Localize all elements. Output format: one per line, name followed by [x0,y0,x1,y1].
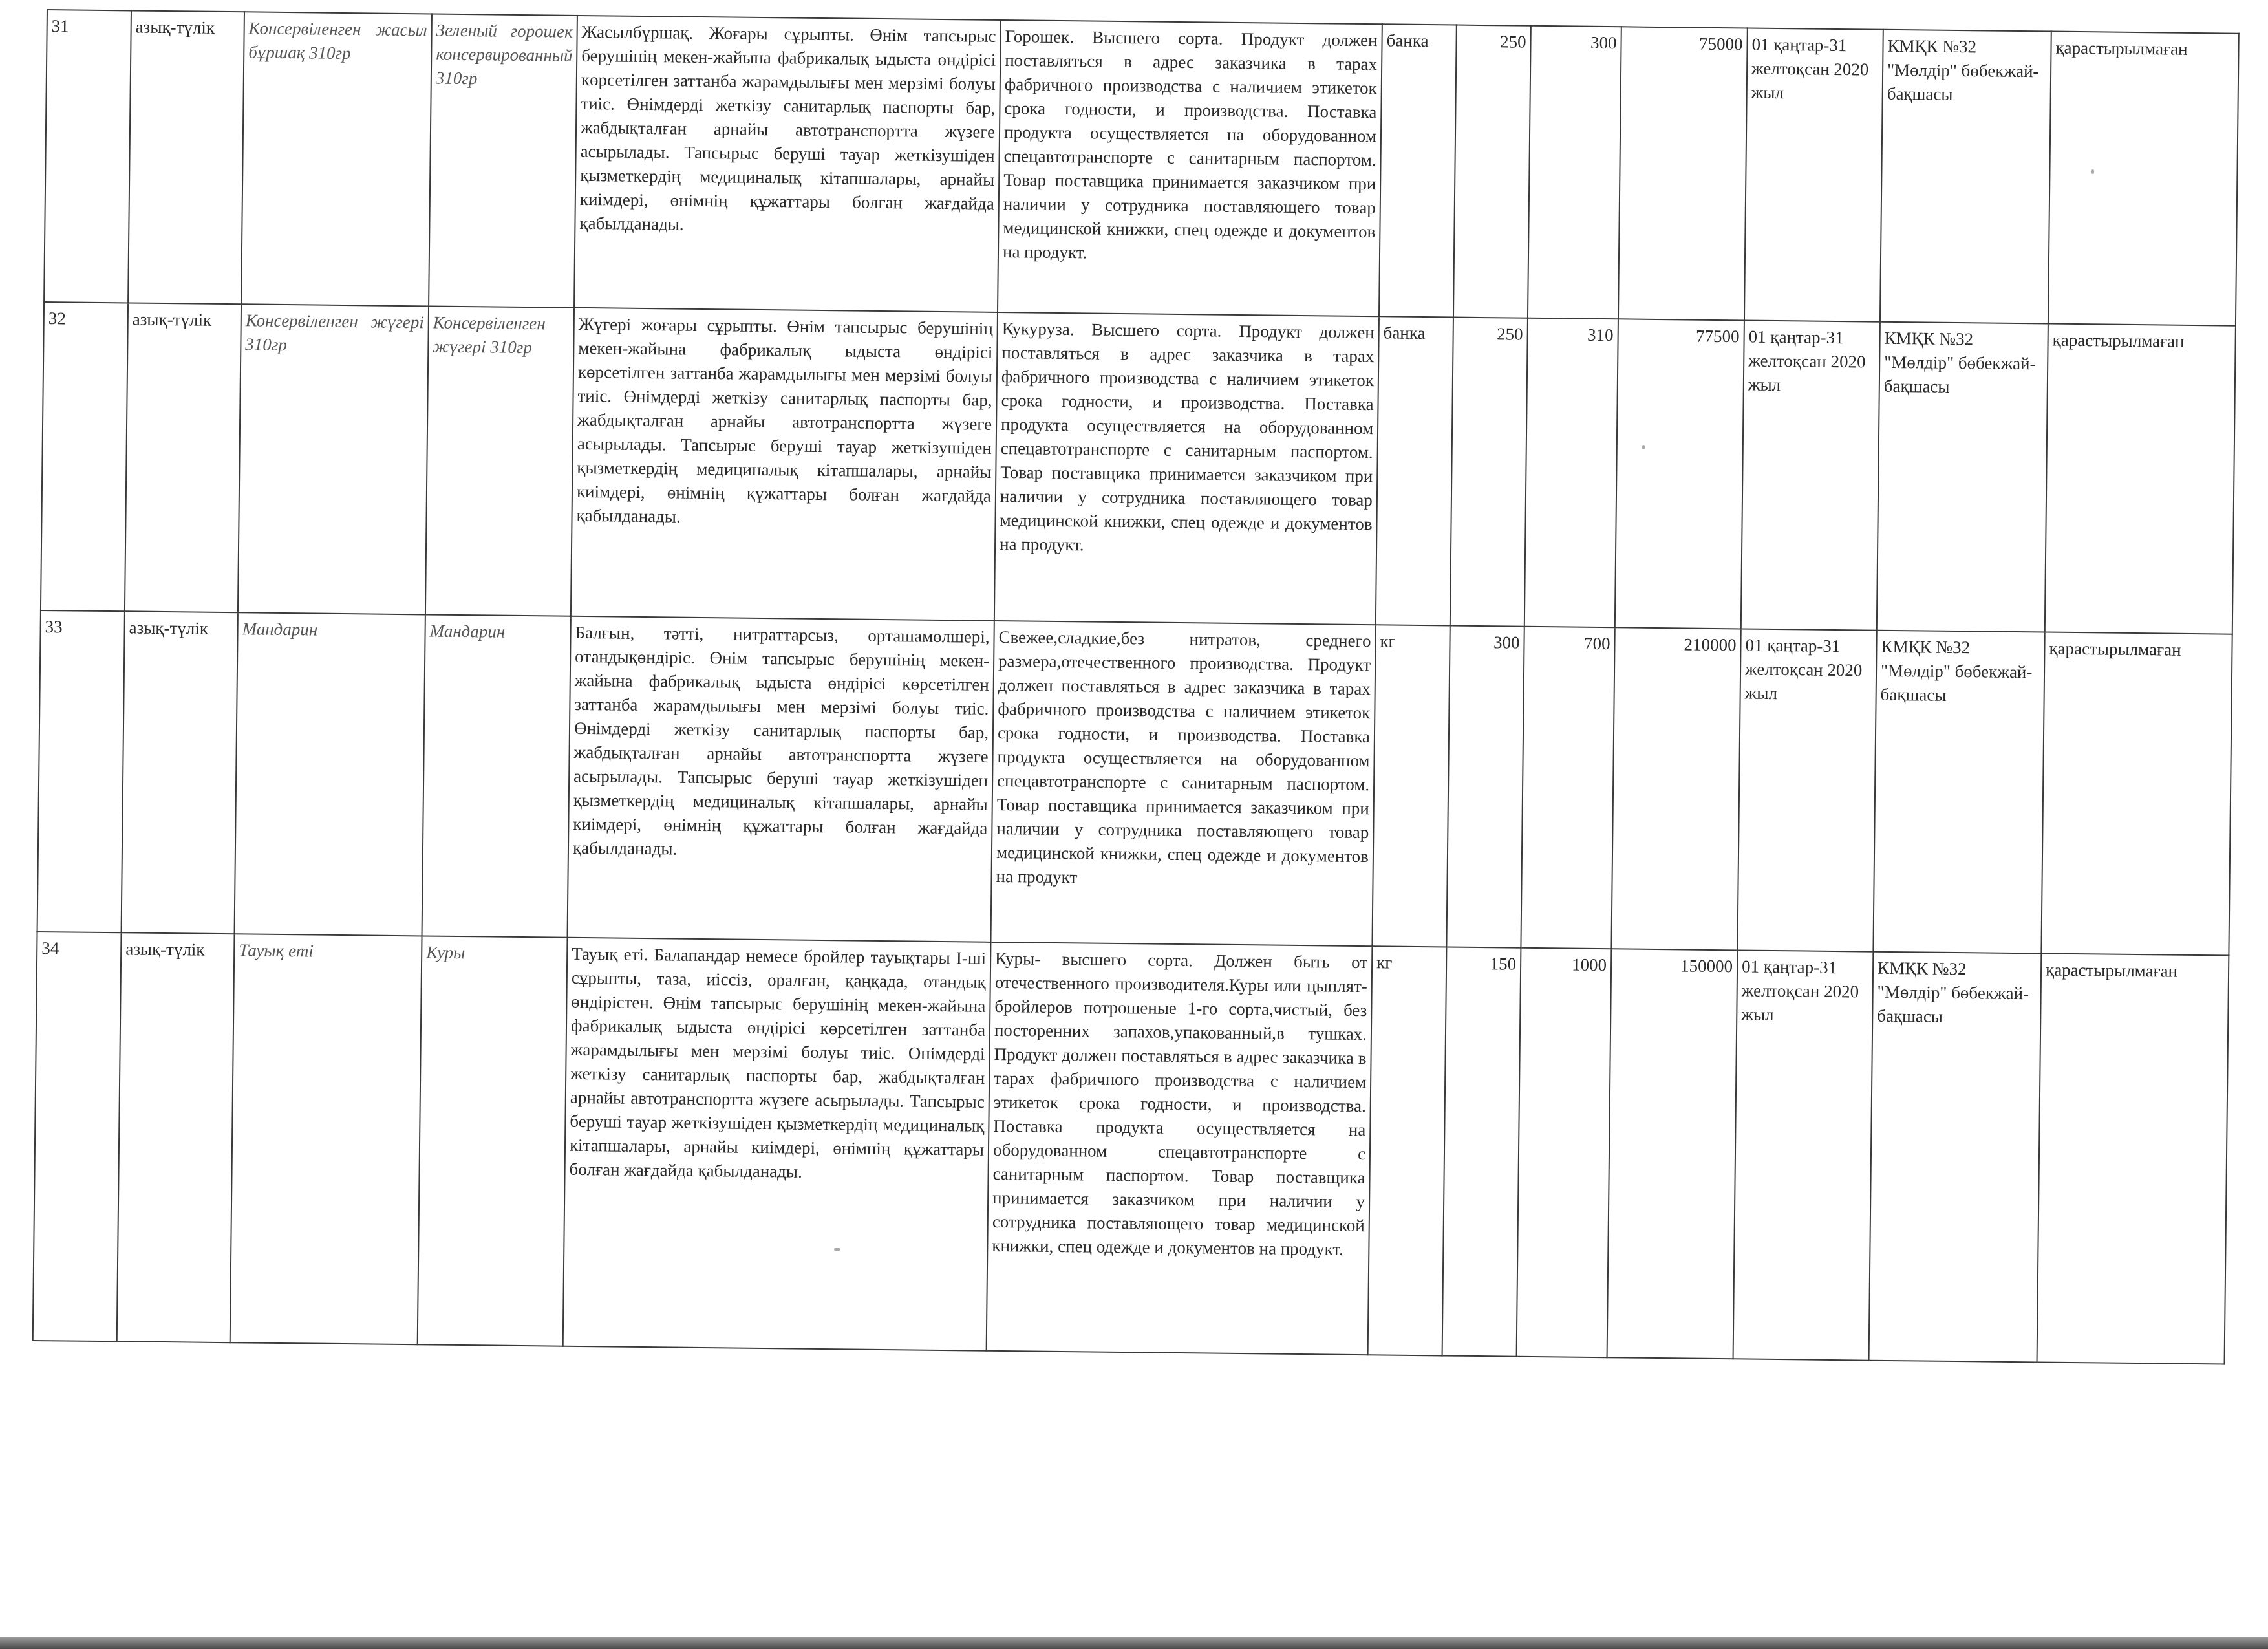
table-row: 31 азық-түлік Консервіленген жасыл бұрша… [44,10,2239,326]
unit-cell: банка [1376,316,1453,625]
row-number: 33 [37,610,125,932]
category-cell: азық-түлік [125,303,241,612]
quantity-cell: 250 [1453,25,1531,318]
quantity-cell: 300 [1446,626,1524,948]
unit-cell: банка [1379,24,1457,317]
row-number: 34 [33,932,122,1341]
spec-kz-cell: Жасылбұршақ. Жоғары сұрыпты. Өнім тапсыр… [574,16,1001,312]
name-kz-cell: Консервіленген жасыл бұршақ 310гр [241,12,432,306]
quantity-cell: 150 [1442,947,1521,1357]
spec-kz-cell: Жүгері жоғары сұрыпты. Өнім тапсырыс бер… [571,308,998,621]
advance-cell: қарастырылмаған [2048,32,2239,326]
name-kz-cell: Консервіленген жүгері 310гр [238,304,429,614]
recipient-cell: КМҚК №32 "Мөлдір" бөбекжай-бақшасы [1869,952,2042,1363]
name-kz-cell: Мандарин [235,612,425,936]
scan-speck [2091,169,2094,174]
spec-ru-cell: Кукуруза. Высшего сорта. Продукт должен … [994,312,1379,625]
advance-cell: қарастырылмаған [2041,632,2232,956]
period-cell: 01 қаңтар-31 желтоқсан 2020 жыл [1733,950,1874,1360]
spec-ru-cell: Горошек. Высшего сорта. Продукт должен п… [998,20,1382,316]
name-kz-cell: Тауық еті [230,934,422,1344]
unit-cell: кг [1372,625,1450,947]
period-cell: 01 қаңтар-31 желтоқсан 2020 жыл [1741,320,1880,630]
scan-speck [1642,445,1645,449]
table-container: 31 азық-түлік Консервіленген жасыл бұрша… [32,9,2240,1365]
scanner-edge-bar [0,1637,2268,1649]
name-ru-cell: Зеленый горошек консервированный 310гр [429,14,577,307]
table-row: 34 азық-түлік Тауық еті Куры Тауық еті. … [33,932,2229,1364]
spec-kz-cell: Балғын, тәтті, нитраттарсыз, орташамөлше… [568,616,994,942]
unit-cell: кг [1368,946,1447,1355]
period-cell: 01 қаңтар-31 желтоқсан 2020 жыл [1744,28,1883,321]
period-cell: 01 қаңтар-31 желтоқсан 2020 жыл [1737,629,1876,951]
price-cell: 300 [1528,26,1621,319]
quantity-cell: 250 [1450,318,1528,627]
category-cell: азық-түлік [128,10,244,304]
spec-kz-cell: Тауық еті. Балапандар немесе бройлер тау… [563,938,991,1351]
advance-cell: қарастырылмаған [2045,324,2236,634]
recipient-cell: КМҚК №32 "Мөлдір" бөбекжай-бақшасы [1877,322,2048,632]
name-ru-cell: Мандарин [422,614,571,937]
spec-ru-cell: Свежее,сладкие,без нитратов, среднего ра… [990,621,1375,946]
table-body: 31 азық-түлік Консервіленген жасыл бұрша… [33,10,2239,1364]
advance-cell: қарастырылмаған [2037,953,2229,1364]
scanned-page: 31 азық-түлік Консервіленген жасыл бұрша… [0,0,2268,1649]
name-ru-cell: Консервіленген жүгері 310гр [425,306,574,616]
price-cell: 700 [1521,627,1614,949]
scan-speck [834,1248,840,1251]
table-row: 33 азық-түлік Мандарин Мандарин Балғын, … [37,610,2232,956]
procurement-table: 31 азық-түлік Консервіленген жасыл бұрша… [32,9,2240,1365]
category-cell: азық-түлік [122,611,238,934]
category-cell: азық-түлік [117,932,235,1342]
price-cell: 1000 [1517,948,1612,1357]
spec-ru-cell: Куры- высшего сорта. Должен быть от отеч… [987,942,1373,1355]
total-cell: 77500 [1615,319,1744,629]
row-number: 31 [44,10,131,303]
recipient-cell: КМҚК №32 "Мөлдір" бөбекжай-бақшасы [1880,30,2051,324]
total-cell: 210000 [1611,627,1740,950]
recipient-cell: КМҚК №32 "Мөлдір" бөбекжай-бақшасы [1873,630,2044,954]
row-number: 32 [41,302,128,611]
table-row: 32 азық-түлік Консервіленген жүгері 310г… [41,302,2236,634]
price-cell: 310 [1524,318,1618,627]
total-cell: 75000 [1618,27,1748,320]
total-cell: 150000 [1607,949,1738,1359]
name-ru-cell: Куры [418,936,568,1346]
